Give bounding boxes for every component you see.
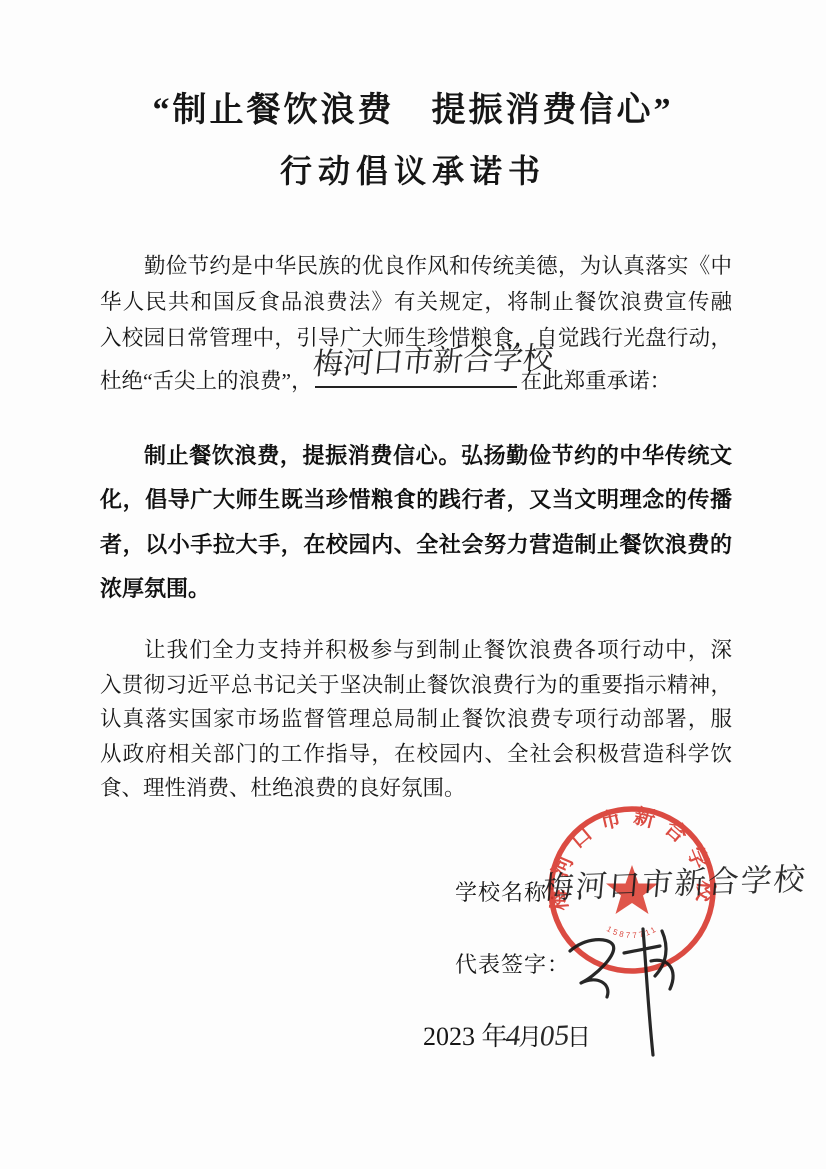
school-name-blank-underline: 梅河口市新合学校 xyxy=(315,356,517,388)
scanned-pledge-document: “制止餐饮浪费 提振消费信心” 行动倡议承诺书 勤俭节约是中华民族的优良作风和传… xyxy=(0,0,826,1169)
date-year: 2023 年 xyxy=(423,1022,508,1051)
handwritten-school-name-inline: 梅河口市新合学校 xyxy=(311,341,554,383)
p2-line3: 者，以小手拉大手，在校园内、全社会努力营造制止餐饮浪费的 xyxy=(100,523,732,567)
p3-line1: 让我们全力支持并积极参与到制止餐饮浪费各项行动中，深 xyxy=(100,633,732,668)
p3-line4: 从政府相关部门的工作指导，在校园内、全社会积极营造科学饮 xyxy=(100,737,732,772)
handwritten-signature xyxy=(548,903,698,1073)
handwritten-school-name-footer: 梅河口市新合学校 xyxy=(541,853,809,907)
p2-line1: 制止餐饮浪费，提振消费信心。弘扬勤俭节约的中华传统文 xyxy=(100,434,732,478)
p1-line1: 勤俭节约是中华民族的优良作风和传统美德，为认真落实《中 xyxy=(100,248,732,284)
document-title-line2: 行动倡议承诺书 xyxy=(0,146,826,192)
p1-line2: 华人民共和国反食品浪费法》有关规定，将制止餐饮浪费宣传融 xyxy=(100,284,732,320)
document-title-line1: “制止餐饮浪费 提振消费信心” xyxy=(0,82,826,131)
p2-line4: 浓厚氛围。 xyxy=(100,567,732,611)
p2-line2: 化，倡导广大师生既当珍惜粮食的践行者，又当文明理念的传播 xyxy=(100,478,732,522)
paragraph-1: 勤俭节约是中华民族的优良作风和传统美德，为认真落实《中 华人民共和国反食品浪费法… xyxy=(100,248,732,392)
p1-line4: 杜绝“舌尖上的浪费”，梅河口市新合学校在此郑重承诺： xyxy=(100,356,732,392)
paragraph-2-bold: 制止餐饮浪费，提振消费信心。弘扬勤俭节约的中华传统文 化，倡导广大师生既当珍惜粮… xyxy=(100,434,732,611)
p3-line2: 入贯彻习近平总书记关于坚决制止餐饮浪费行为的重要指示精神， xyxy=(100,668,732,703)
p3-line3: 认真落实国家市场监督管理总局制止餐饮浪费专项行动部署，服 xyxy=(100,702,732,737)
p1-line4-prefix: 杜绝“舌尖上的浪费”， xyxy=(100,369,313,393)
